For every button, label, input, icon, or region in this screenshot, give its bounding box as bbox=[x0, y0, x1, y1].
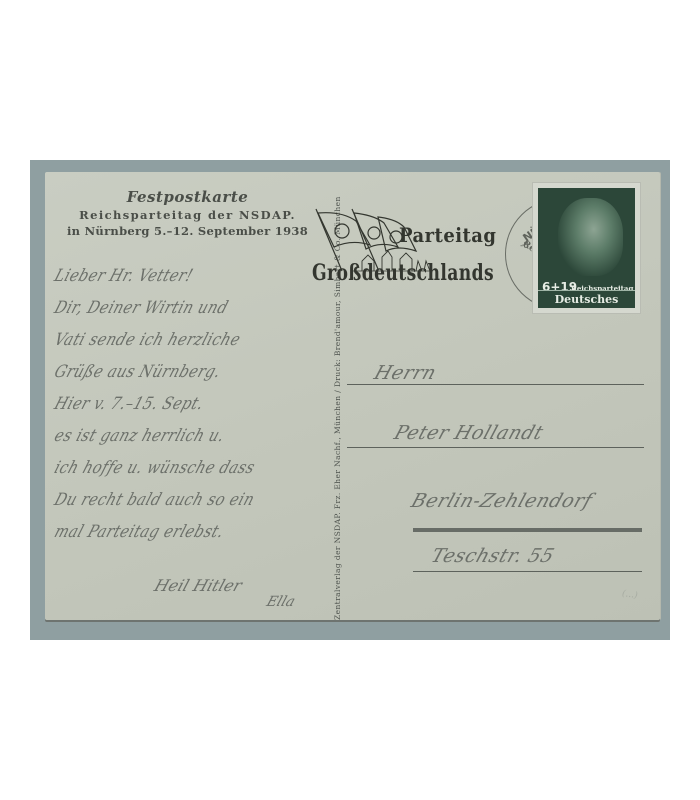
message-line: ich hoffe u. wünsche dass bbox=[50, 452, 298, 484]
message-line: Lieber Hr. Vetter! bbox=[50, 260, 298, 292]
postage-stamp: 6+19 Reichsparteitag 1938 Deutsches Reic… bbox=[533, 183, 640, 313]
address-rule bbox=[413, 571, 642, 572]
message-line: mal Parteitag erlebst. bbox=[50, 516, 298, 548]
message-line: Vati sende ich herzliche bbox=[50, 324, 298, 356]
message-line: es ist ganz herrlich u. bbox=[50, 420, 298, 452]
handwritten-message: Lieber Hr. Vetter! Dir, Deiner Wirtin un… bbox=[55, 260, 335, 548]
stamp-country: Deutsches Reich bbox=[538, 290, 635, 308]
address-rule bbox=[347, 447, 644, 448]
cancel-slogan-line2: Großdeutschlands bbox=[312, 260, 494, 286]
message-closing: Heil Hitler bbox=[152, 576, 245, 595]
card-subtitle: Reichsparteitag der NSDAP. bbox=[60, 208, 315, 222]
message-line: Grüße aus Nürnberg. bbox=[50, 356, 298, 388]
card-title: Festpostkarte bbox=[60, 188, 315, 206]
message-line: Du recht bald auch so ein bbox=[50, 484, 298, 516]
cancel-slogan-line1: Parteitag bbox=[399, 223, 496, 247]
address-rule-underline bbox=[413, 528, 642, 532]
address-line-2: Peter Hollandt bbox=[391, 422, 546, 444]
stamp-image: 6+19 Reichsparteitag 1938 Deutsches Reic… bbox=[538, 188, 635, 308]
message-line: Dir, Deiner Wirtin und bbox=[50, 292, 298, 324]
postcard-header: Festpostkarte Reichsparteitag der NSDAP.… bbox=[60, 188, 315, 238]
message-line: Hier v. 7.–15. Sept. bbox=[50, 388, 298, 420]
pencil-note: (...) bbox=[621, 589, 638, 601]
address-line-3: Berlin-Zehlendorf bbox=[408, 490, 595, 512]
address-rule bbox=[347, 384, 644, 385]
slogan-cancellation: Parteitag Großdeutschlands bbox=[312, 205, 487, 305]
card-dates: in Nürnberg 5.–12. September 1938 bbox=[60, 224, 315, 238]
message-signature: Ella bbox=[264, 594, 297, 610]
address-line-4: Teschstr. 55 bbox=[428, 545, 557, 567]
portrait-profile-icon bbox=[558, 198, 623, 276]
address-line-1: Herrn bbox=[371, 362, 439, 384]
